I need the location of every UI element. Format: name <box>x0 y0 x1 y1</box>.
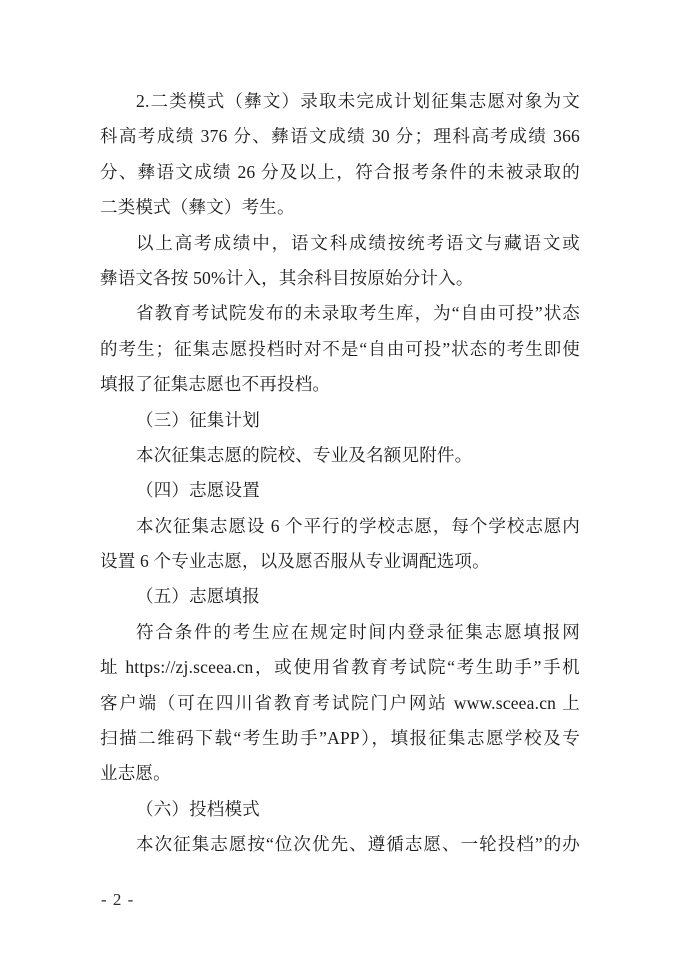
body-text-line: 二类模式（彝文）考生。 <box>100 190 580 225</box>
body-text-line: 科高考成绩 376 分、彝语文成绩 30 分；理科高考成绩 366 <box>100 119 580 154</box>
body-text-line: 址 https://zj.sceea.cn，或使用省教育考试院“考生助手”手机 <box>100 650 580 685</box>
body-text-line: 扫描二维码下载“考生助手”APP），填报征集志愿学校及专 <box>100 721 580 756</box>
body-text-line: 本次征集志愿按“位次优先、遵循志愿、一轮投档”的办 <box>100 827 580 862</box>
page-number: - 2 - <box>101 885 134 915</box>
body-text-line: 客户端（可在四川省教育考试院门户网站 www.sceea.cn 上 <box>100 686 580 721</box>
section-heading-line: （六）投档模式 <box>100 792 580 827</box>
body-text-line: 本次征集志愿的院校、专业及名额见附件。 <box>100 438 580 473</box>
body-text-line: 的考生；征集志愿投档时对不是“自由可投”状态的考生即使 <box>100 332 580 367</box>
body-text-line: 分、彝语文成绩 26 分及以上，符合报考条件的未被录取的 <box>100 155 580 190</box>
body-text-line: 彝语文各按 50%计入，其余科目按原始分计入。 <box>100 261 580 296</box>
body-text-line: 省教育考试院发布的未录取考生库，为“自由可投”状态 <box>100 296 580 331</box>
body-text-line: 2.二类模式（彝文）录取未完成计划征集志愿对象为文 <box>100 84 580 119</box>
section-heading-line: （四）志愿设置 <box>100 473 580 508</box>
document-body: 2.二类模式（彝文）录取未完成计划征集志愿对象为文科高考成绩 376 分、彝语文… <box>100 84 580 863</box>
section-heading-line: （三）征集计划 <box>100 403 580 438</box>
section-heading-line: （五）志愿填报 <box>100 579 580 614</box>
body-text-line: 符合条件的考生应在规定时间内登录征集志愿填报网 <box>100 615 580 650</box>
body-text-line: 业志愿。 <box>100 756 580 791</box>
document-page: 2.二类模式（彝文）录取未完成计划征集志愿对象为文科高考成绩 376 分、彝语文… <box>0 0 680 962</box>
body-text-line: 填报了征集志愿也不再投档。 <box>100 367 580 402</box>
body-text-line: 设置 6 个专业志愿，以及愿否服从专业调配选项。 <box>100 544 580 579</box>
body-text-line: 本次征集志愿设 6 个平行的学校志愿，每个学校志愿内 <box>100 509 580 544</box>
body-text-line: 以上高考成绩中，语文科成绩按统考语文与藏语文或 <box>100 226 580 261</box>
